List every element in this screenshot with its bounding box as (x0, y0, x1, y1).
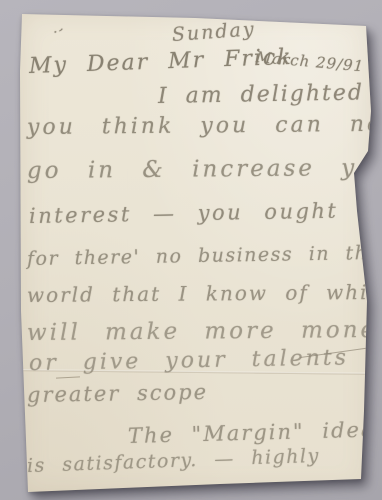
letter-line: go in & increase your (27, 155, 382, 184)
stray-pencil-mark: ·’ (50, 24, 64, 42)
photo-background: ·’ Sunday My Dear Mr Frick March 29/91 I… (0, 0, 382, 500)
paper-shadow-wrap: ·’ Sunday My Dear Mr Frick March 29/91 I… (0, 0, 382, 500)
letter-dateline: Sunday (171, 18, 256, 46)
letter-line: you think you can now (27, 112, 382, 140)
letter-line: is satisfactory. — highly (27, 445, 321, 477)
pencil-underline (56, 376, 80, 378)
letter-date: March 29/91 (255, 48, 365, 75)
letter-line: The "Margin" idea (128, 418, 376, 448)
letter-line: I am delighted (158, 80, 364, 109)
letter-line: world that I know of which (27, 280, 382, 307)
letter-line: for there' no business in this (27, 242, 382, 270)
letter-line: interest — you ought to — (29, 197, 382, 228)
letter-salutation: My Dear Mr Frick (29, 45, 293, 79)
letter-paper: ·’ Sunday My Dear Mr Frick March 29/91 I… (20, 11, 372, 495)
letter-line: greater scope (27, 380, 208, 407)
letter-line: will make more money (27, 317, 382, 346)
